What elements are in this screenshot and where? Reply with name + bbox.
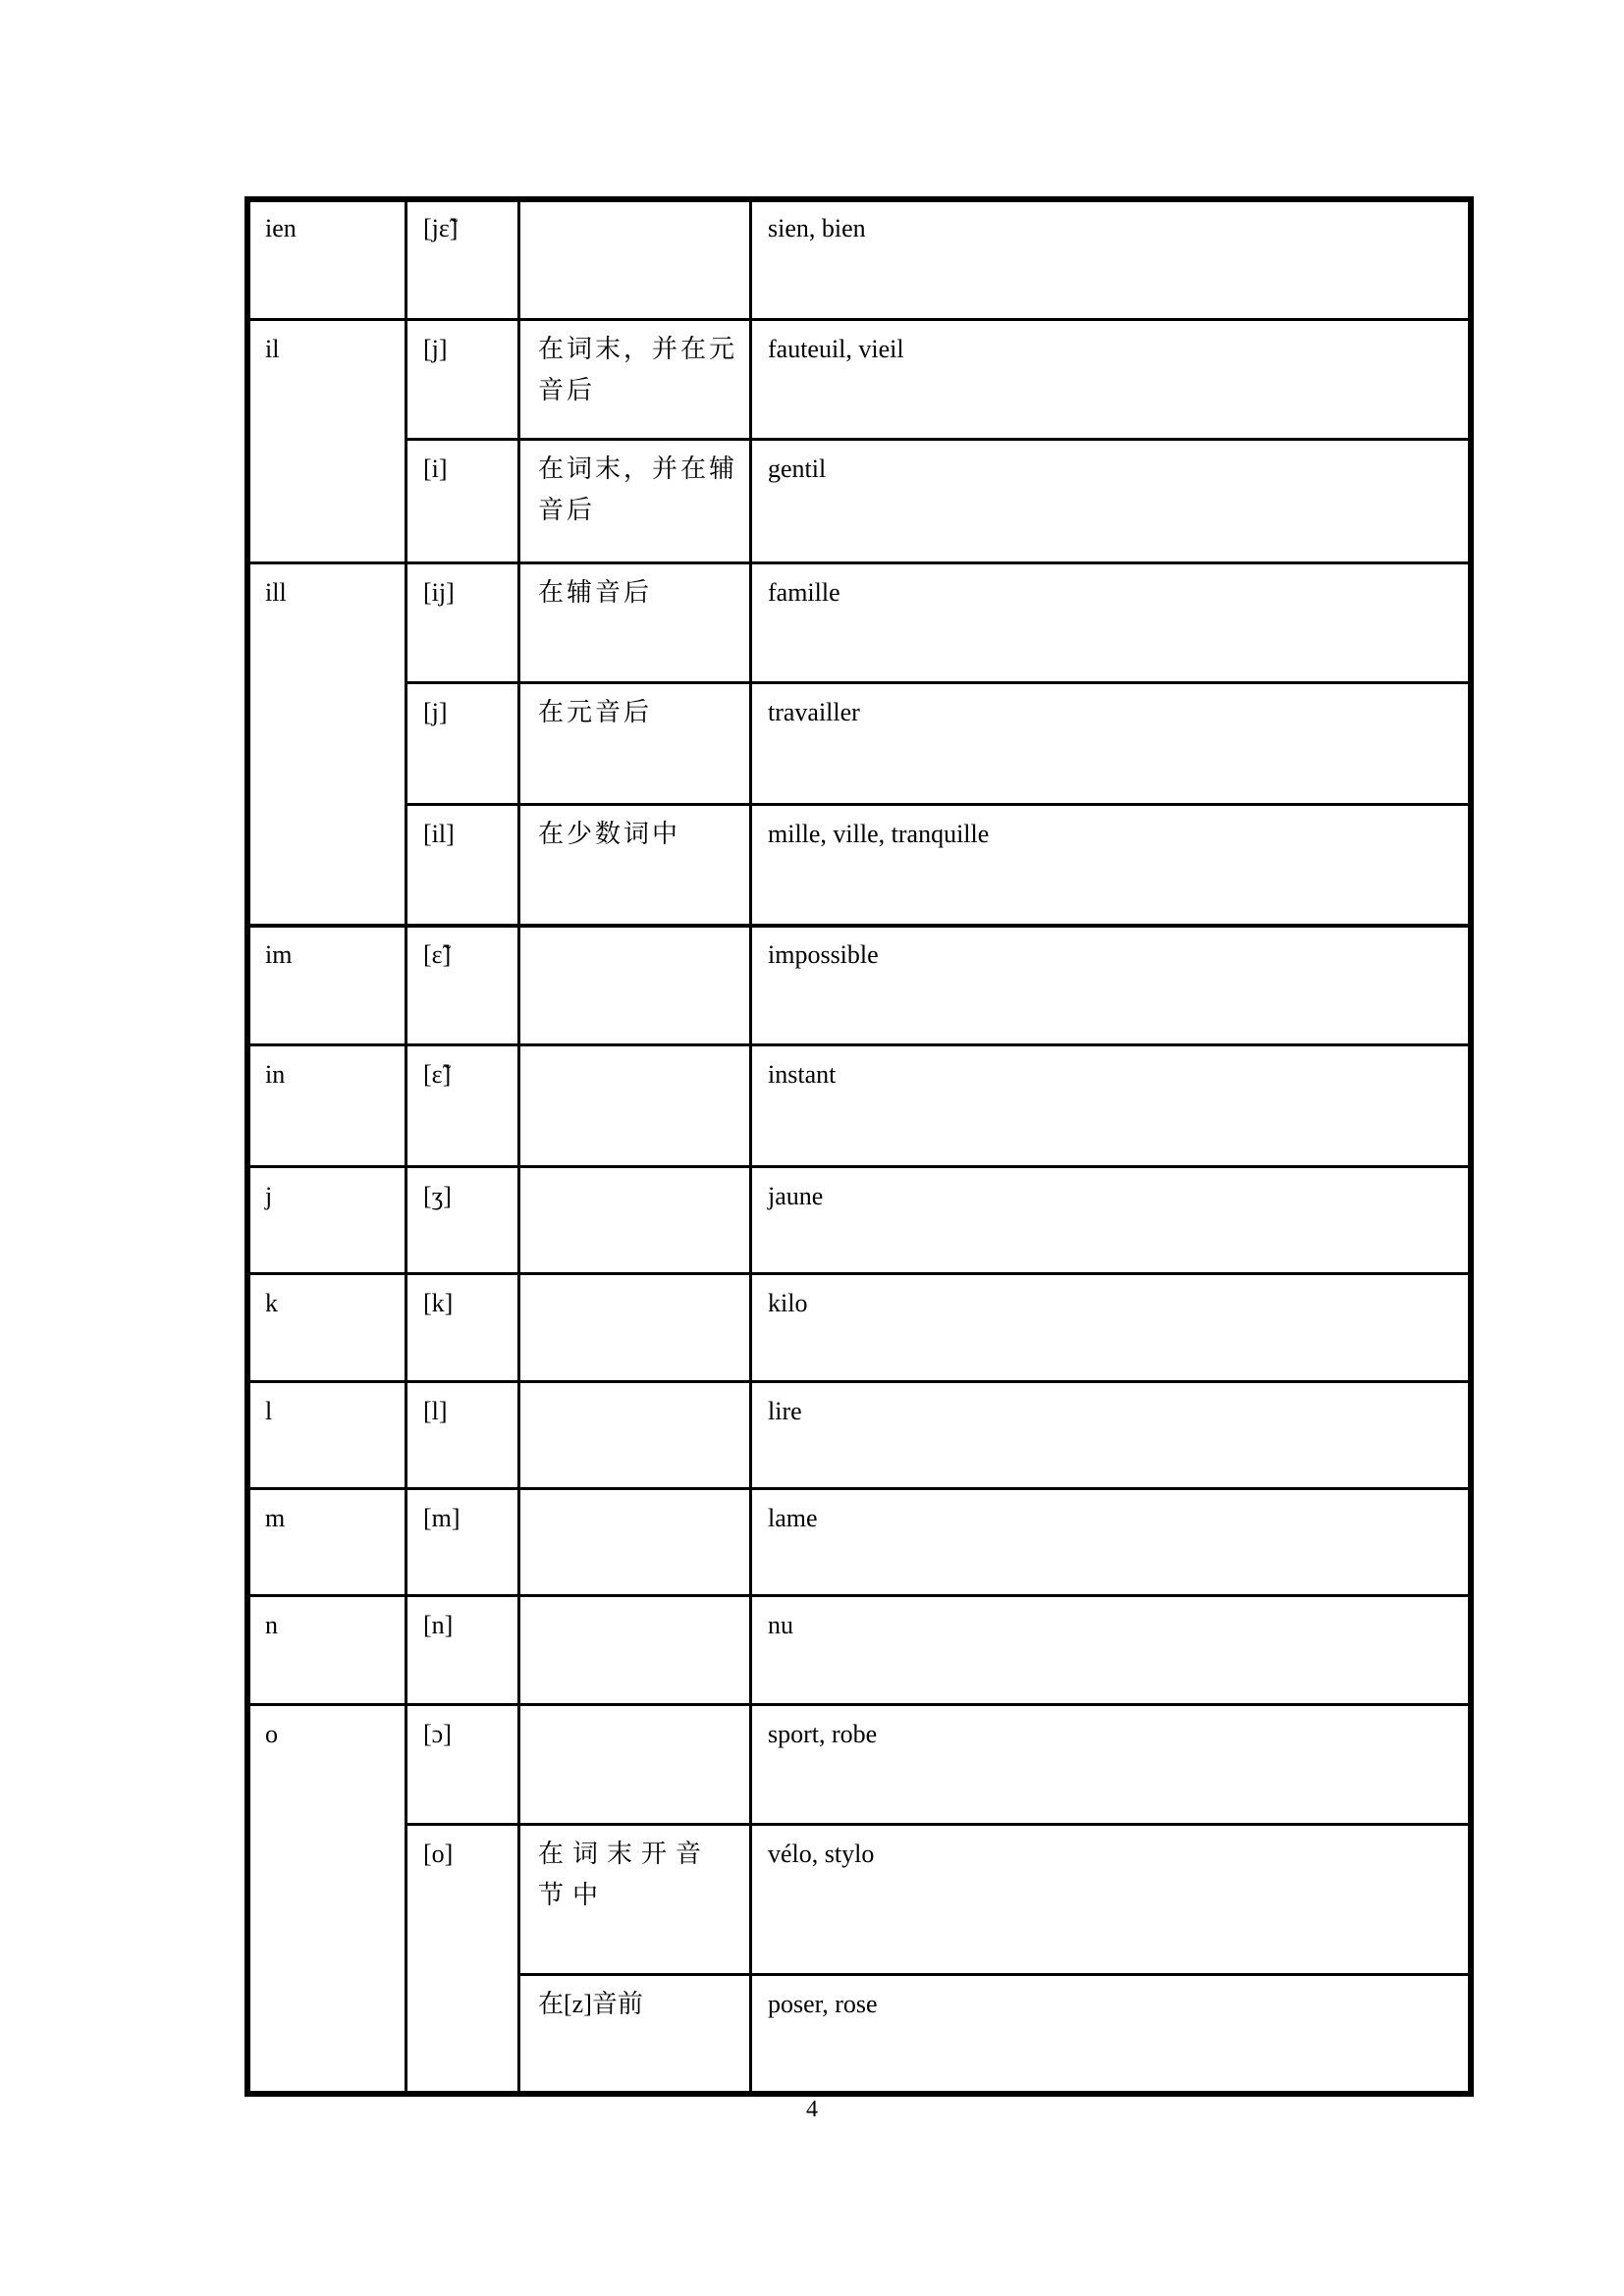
- examples-cell: vélo, stylo: [749, 1823, 1472, 1976]
- condition-cell: [517, 924, 752, 1046]
- condition-cell: [517, 1487, 752, 1597]
- ipa-cell: [il]: [405, 803, 520, 928]
- examples-cell: kilo: [749, 1272, 1472, 1383]
- condition-cell: 在少数词中: [517, 803, 752, 928]
- ipa-cell: [ij]: [405, 561, 520, 684]
- condition-cell: [517, 1272, 752, 1383]
- condition-cell: 在元音后: [517, 681, 752, 806]
- examples-cell: nu: [749, 1594, 1472, 1706]
- ipa-cell: [ɔ]: [405, 1703, 520, 1826]
- spelling-cell: ien: [246, 197, 407, 321]
- ipa-cell: [ʒ]: [405, 1165, 520, 1275]
- examples-cell: sien, bien: [749, 197, 1472, 321]
- spelling-cell: j: [246, 1165, 407, 1275]
- ipa-cell: [n]: [405, 1594, 520, 1706]
- examples-cell: gentil: [749, 438, 1472, 564]
- examples-cell: jaune: [749, 1165, 1472, 1275]
- examples-cell: mille, ville, tranquille: [749, 803, 1472, 928]
- ipa-cell: [j]: [405, 318, 520, 441]
- ipa-cell: [j]: [405, 681, 520, 806]
- examples-cell: travailler: [749, 681, 1472, 806]
- ipa-cell: [ɛ̃]: [405, 924, 520, 1046]
- examples-cell: lame: [749, 1487, 1472, 1597]
- condition-cell: 在[z]音前: [517, 1973, 752, 2095]
- spelling-cell: k: [246, 1272, 407, 1383]
- condition-cell: [517, 1380, 752, 1490]
- condition-cell: [517, 1703, 752, 1826]
- spelling-cell: im: [246, 924, 407, 1046]
- spelling-cell: il: [246, 318, 407, 564]
- ipa-cell: [i]: [405, 438, 520, 564]
- condition-cell: 在词末开音节中: [517, 1823, 752, 1976]
- examples-cell: lire: [749, 1380, 1472, 1490]
- examples-cell: impossible: [749, 924, 1472, 1046]
- condition-cell: [517, 1043, 752, 1168]
- spelling-cell: n: [246, 1594, 407, 1706]
- examples-cell: famille: [749, 561, 1472, 684]
- ipa-cell: [m]: [405, 1487, 520, 1597]
- condition-cell: 在词末，并在辅音后: [517, 438, 752, 564]
- page-number: 4: [802, 2097, 822, 2123]
- spelling-cell: in: [246, 1043, 407, 1168]
- ipa-cell: [ɛ̃]: [405, 1043, 520, 1168]
- condition-cell: 在词末，并在元音后: [517, 318, 752, 441]
- ipa-cell: [o]: [405, 1823, 520, 2095]
- pronunciation-table: ien [jɛ̃] sien, bien il [j] 在词末，并在元音后 fa…: [246, 197, 1472, 2095]
- ipa-cell: [l]: [405, 1380, 520, 1490]
- examples-cell: fauteuil, vieil: [749, 318, 1472, 441]
- spelling-cell: l: [246, 1380, 407, 1490]
- condition-cell: [517, 1594, 752, 1706]
- condition-cell: 在辅音后: [517, 561, 752, 684]
- spelling-cell: ill: [246, 561, 407, 928]
- ipa-cell: [k]: [405, 1272, 520, 1383]
- examples-cell: poser, rose: [749, 1973, 1472, 2095]
- examples-cell: sport, robe: [749, 1703, 1472, 1826]
- condition-cell: [517, 197, 752, 321]
- condition-cell: [517, 1165, 752, 1275]
- ipa-cell: [jɛ̃]: [405, 197, 520, 321]
- examples-cell: instant: [749, 1043, 1472, 1168]
- spelling-cell: o: [246, 1703, 407, 2095]
- spelling-cell: m: [246, 1487, 407, 1597]
